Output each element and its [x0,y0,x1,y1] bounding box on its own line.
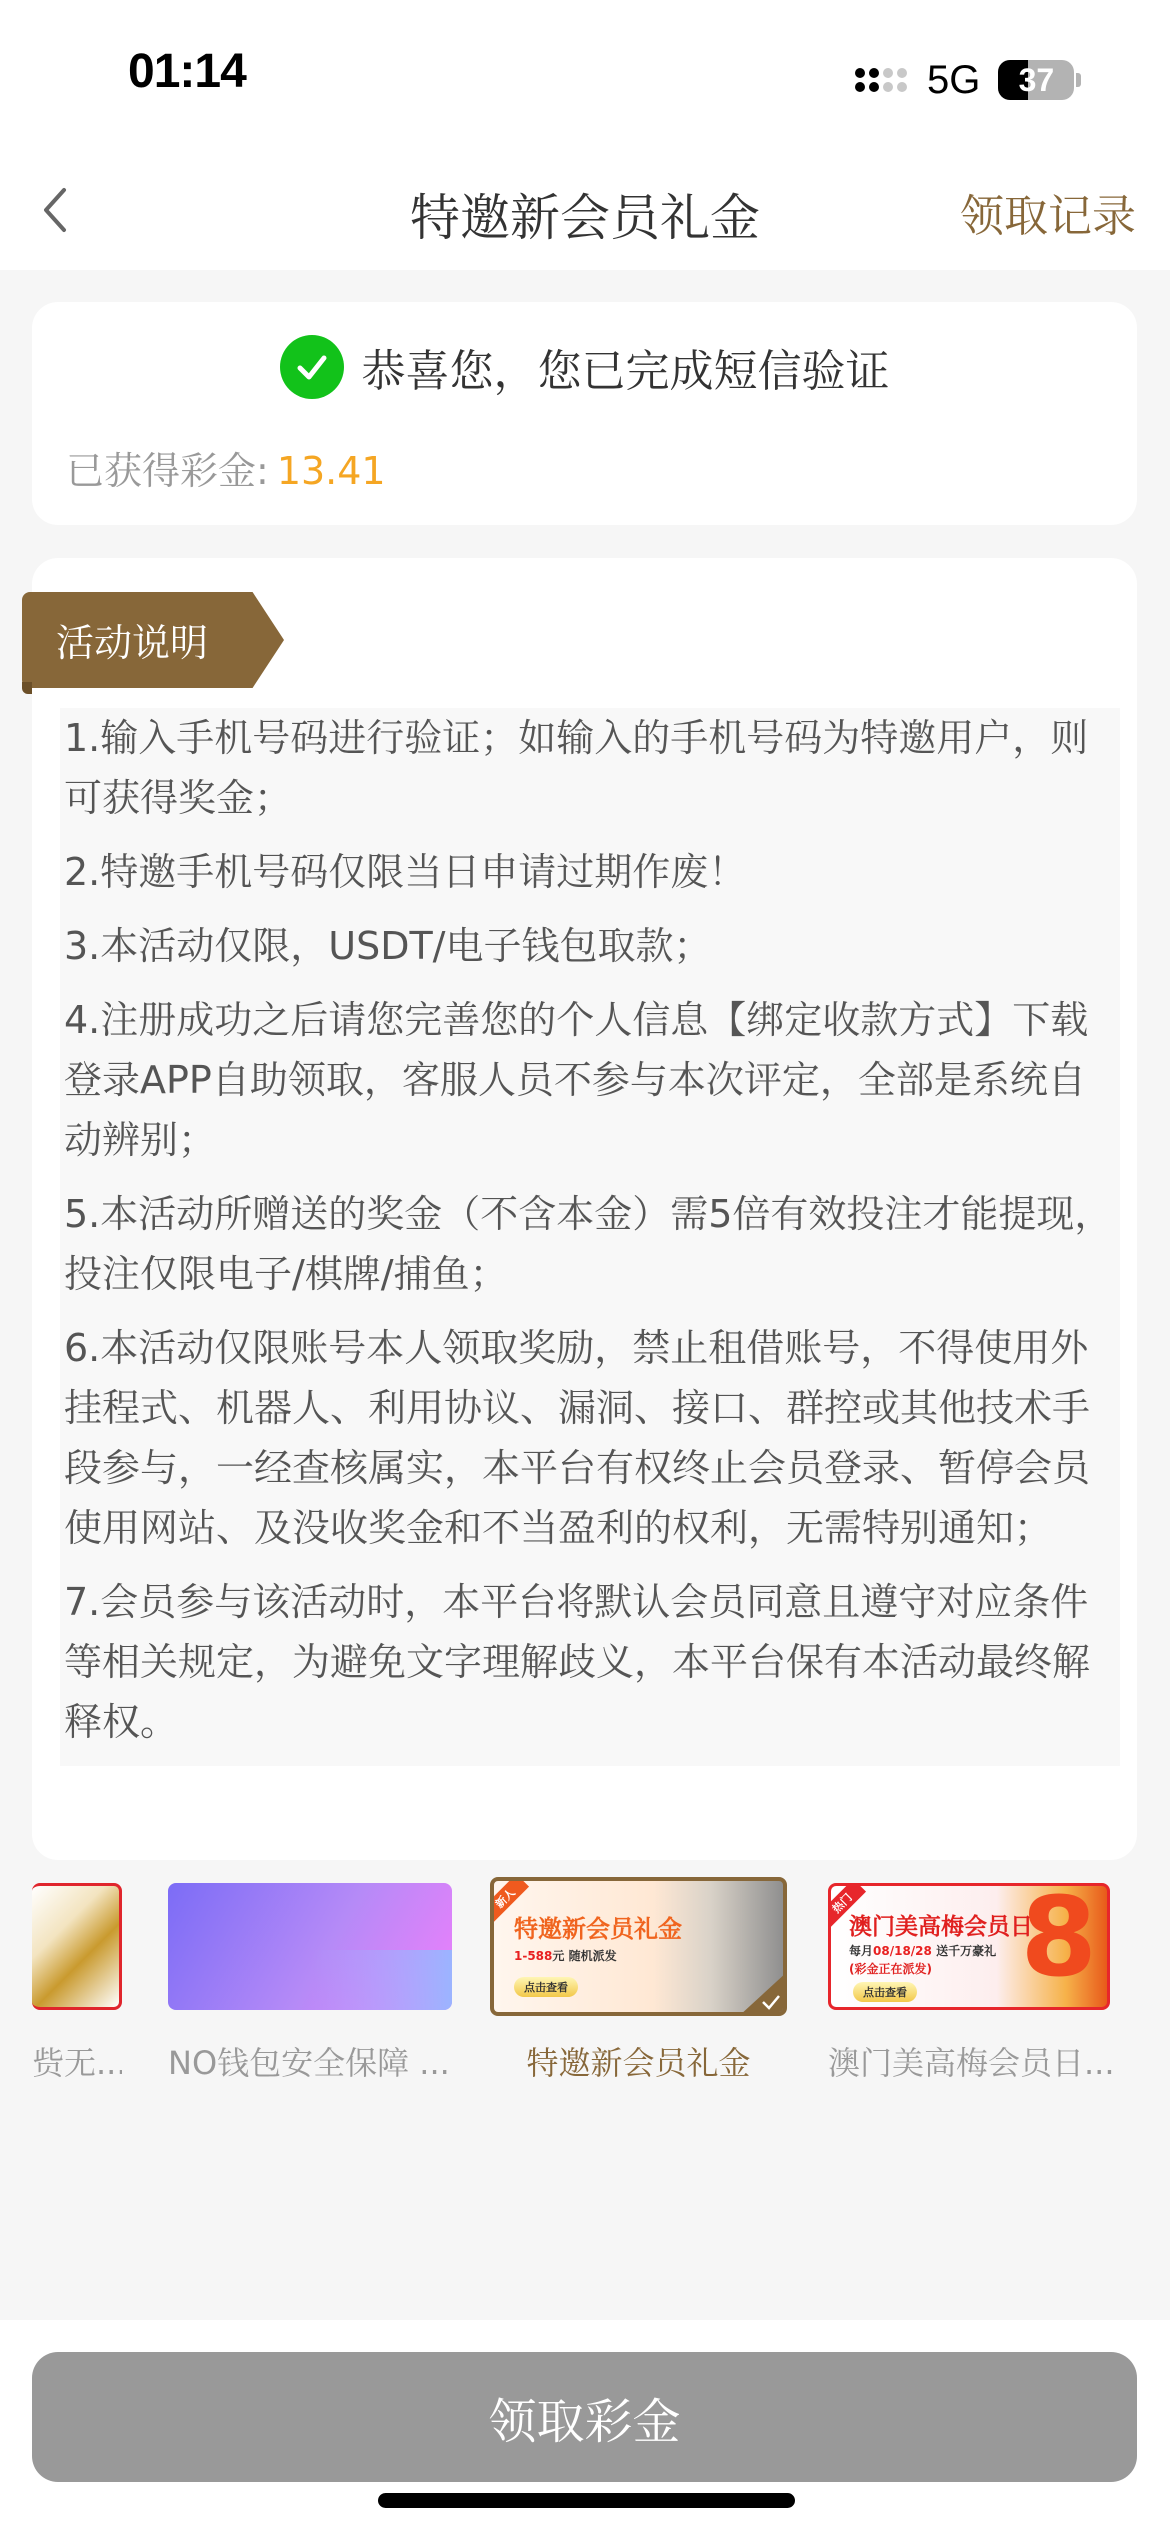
promo-big-number: 8 [1020,1883,1097,1992]
promo-caption: 赀无... [32,2038,122,2084]
promo-caption: NO钱包安全保障 ... [168,2038,458,2084]
claim-bonus-button[interactable]: 领取彩金 [32,2352,1137,2482]
rule-item: 6.本活动仅限账号本人领取奖励，禁止租借账号，不得使用外挂程式、机器人、利用协议… [64,1318,1116,1558]
signal-strength-icon [855,68,907,92]
verification-message: 恭喜您，您已完成短信验证 [362,335,890,399]
check-circle-icon [280,335,344,399]
bonus-label: 已获得彩金: [66,449,269,493]
promo-caption: 澳门美高梅会员日... [828,2038,1118,2084]
activity-rules-card: 1.输入手机号码进行验证；如输入的手机号码为特邀用户，则可获得奖金； 2.特邀手… [32,558,1137,1860]
promo-banner-note: (彩金正在派发) [849,1960,932,1977]
rule-item: 7.会员参与该活动时，本平台将默认会员同意且遵守对应条件等相关规定，为避免文字理… [64,1572,1116,1752]
bonus-row: 已获得彩金:13.41 [66,440,386,495]
promo-thumbnail[interactable]: 热门 澳门美高梅会员日 每月08/18/28 送千万豪礼 (彩金正在派发) 点击… [828,1883,1110,2010]
nav-bar: 特邀新会员礼金 领取记录 [0,150,1170,270]
rules-list: 1.输入手机号码进行验证；如输入的手机号码为特邀用户，则可获得奖金； 2.特邀手… [60,708,1120,1766]
battery-icon: 37 [998,60,1074,100]
verification-card: 恭喜您，您已完成短信验证 已获得彩金:13.41 [32,302,1137,525]
promo-banner-button: 点击查看 [853,1982,917,2002]
promo-caption: 特邀新会员礼金 [490,2038,787,2084]
promo-thumbnail[interactable]: 新人 特邀新会员礼金 1-588元 随机派发 点击查看 [490,1877,787,2016]
promo-banner-dates: 每月08/18/28 送千万豪礼 [849,1942,996,1959]
activity-rules-tag: 活动说明 [22,592,284,688]
verification-status: 恭喜您，您已完成短信验证 [32,335,1137,399]
status-bar: 01:14 5G 37 [0,0,1170,150]
home-indicator[interactable] [378,2493,795,2508]
claim-record-link[interactable]: 领取记录 [960,180,1136,244]
status-indicators: 5G 37 [855,55,1081,105]
promo-banner-title: 特邀新会员礼金 [514,1909,682,1944]
battery-cap [1076,73,1081,87]
bottom-action-bar: 领取彩金 [0,2320,1170,2532]
promo-banner-range: 1-588元 随机派发 [514,1947,617,1964]
network-type: 5G [927,58,980,103]
rule-item: 5.本活动所赠送的奖金（不含本金）需5倍有效投注才能提现，投注仅限电子/棋牌/捕… [64,1184,1116,1304]
rule-item: 2.特邀手机号码仅限当日申请过期作废！ [64,842,1116,902]
status-time: 01:14 [128,44,246,99]
rule-item: 1.输入手机号码进行验证；如输入的手机号码为特邀用户，则可获得奖金； [64,708,1116,828]
battery-percent: 37 [1019,62,1055,99]
rule-item: 3.本活动仅限，USDT/电子钱包取款； [64,916,1116,976]
promo-thumbnail[interactable] [32,1883,122,2010]
promo-thumbnail[interactable] [168,1883,452,2010]
promo-banner-title: 澳门美高梅会员日 [849,1908,1033,1941]
promo-banner-button: 点击查看 [514,1977,578,1997]
rule-item: 4.注册成功之后请您完善您的个人信息【绑定收款方式】下载登录APP自助领取，客服… [64,990,1116,1170]
promotions-carousel[interactable]: 赀无... NO钱包安全保障 ... 新人 特邀新会员礼金 1-588元 随机派… [0,1870,1170,2110]
bonus-value: 13.41 [277,449,386,493]
selected-check-icon [739,1972,787,2016]
activity-rules-title: 活动说明 [56,612,208,667]
